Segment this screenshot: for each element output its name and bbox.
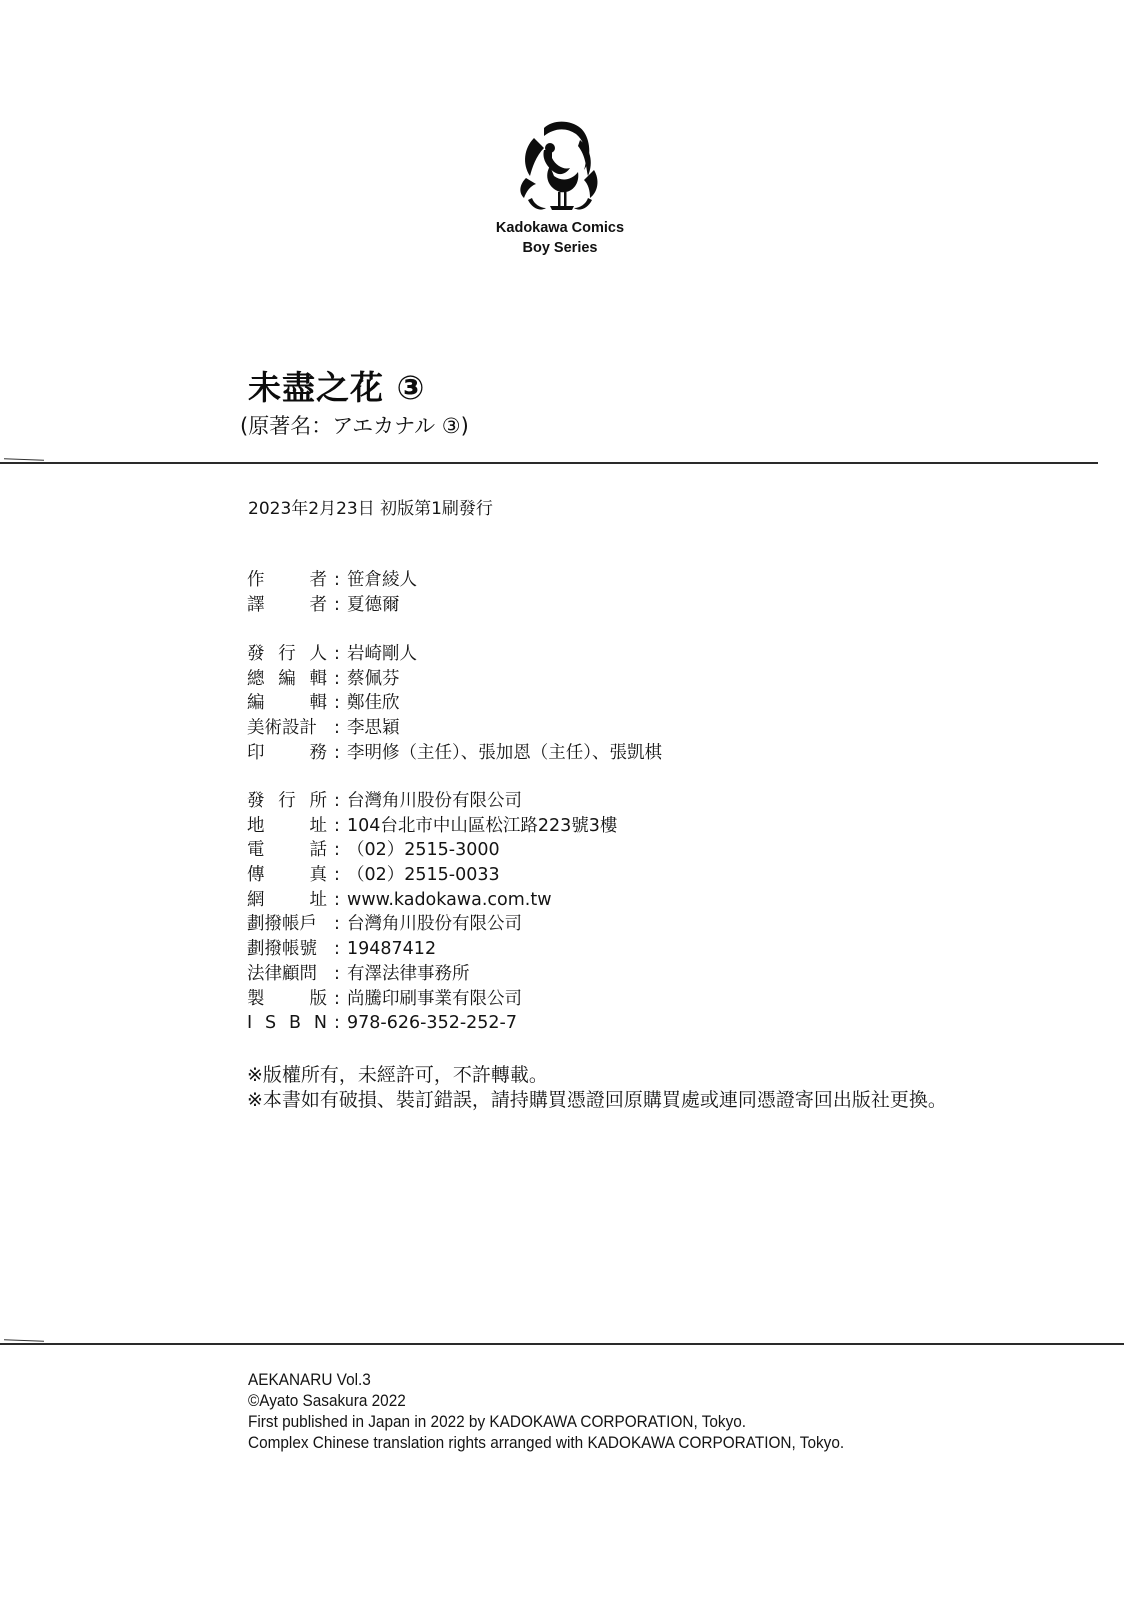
divider-top (0, 462, 1098, 464)
original-title: (原著名：アエカナル ③) (240, 410, 469, 440)
info-row: 美術設計:李思穎 (247, 716, 662, 741)
info-label-char: 編 (278, 667, 296, 692)
info-value: 台灣角川股份有限公司 (347, 789, 522, 814)
info-row: 網址:www.kadokawa.com.tw (247, 888, 617, 913)
info-label: 美術設計 (247, 716, 327, 741)
info-value: 夏德爾 (347, 593, 400, 618)
info-row: 劃撥帳戶:台灣角川股份有限公司 (247, 912, 617, 937)
info-label: 總編輯 (247, 667, 327, 692)
info-value: www.kadokawa.com.tw (347, 888, 552, 913)
info-separator: : (327, 1011, 347, 1036)
credit-translation-rights: Complex Chinese translation rights arran… (248, 1433, 844, 1454)
info-row: 法律顧問:有澤法律事務所 (247, 962, 617, 987)
info-label-char: 行 (278, 642, 296, 667)
credit-copyright: ©Ayato Sasakura 2022 (248, 1391, 844, 1412)
info-separator: : (327, 741, 347, 766)
info-row: 總編輯:蔡佩芬 (247, 667, 662, 692)
info-value: 104台北市中山區松江路223號3樓 (347, 814, 617, 839)
info-value: 尚騰印刷事業有限公司 (347, 987, 522, 1012)
info-label: 電話 (247, 838, 327, 863)
info-value: 笹倉綾人 (347, 568, 417, 593)
info-label-char: I (247, 1011, 252, 1036)
info-value: （02）2515-3000 (347, 838, 500, 863)
info-label-char: 劃撥帳戶 (247, 912, 317, 937)
info-label-char: 美術設計 (247, 716, 317, 741)
info-label-char: 者 (310, 593, 328, 618)
info-separator: : (327, 838, 347, 863)
copyright-credits: AEKANARU Vol.3 ©Ayato Sasakura 2022 Firs… (248, 1370, 844, 1454)
info-row: 譯者:夏德爾 (247, 593, 417, 618)
info-separator: : (327, 987, 347, 1012)
info-label: 發行人 (247, 642, 327, 667)
info-label-char: S (265, 1011, 276, 1036)
info-label-char: 行 (278, 789, 296, 814)
info-row: 傳真:（02）2515-0033 (247, 863, 617, 888)
info-separator: : (327, 937, 347, 962)
info-label-char: 印 (247, 741, 265, 766)
divider-bottom (0, 1343, 1124, 1345)
info-row: 地址:104台北市中山區松江路223號3樓 (247, 814, 617, 839)
info-separator: : (327, 789, 347, 814)
info-separator: : (327, 716, 347, 741)
info-label: 法律顧問 (247, 962, 327, 987)
info-label: 發行所 (247, 789, 327, 814)
info-label-char: 人 (310, 642, 328, 667)
info-label-char: 法律顧問 (247, 962, 317, 987)
info-label-char: 話 (310, 838, 328, 863)
info-row: 電話:（02）2515-3000 (247, 838, 617, 863)
info-label-char: 地 (247, 814, 265, 839)
info-label-char: 者 (310, 568, 328, 593)
credit-original-title: AEKANARU Vol.3 (248, 1370, 844, 1391)
info-separator: : (327, 814, 347, 839)
info-label-char: 劃撥帳號 (247, 937, 317, 962)
info-label-char: 務 (310, 741, 328, 766)
info-label: 製版 (247, 987, 327, 1012)
info-label-char: 輯 (310, 691, 328, 716)
info-row: 劃撥帳號:19487412 (247, 937, 617, 962)
info-row: 發行所:台灣角川股份有限公司 (247, 789, 617, 814)
info-separator: : (327, 912, 347, 937)
publication-date: 2023年2月23日 初版第1刷發行 (248, 494, 493, 519)
info-label-char: 發 (247, 642, 265, 667)
info-row: 印務:李明修（主任）、張加恩（主任）、張凱棋 (247, 741, 662, 766)
info-label-char: 編 (247, 691, 265, 716)
info-label-char: 版 (310, 987, 328, 1012)
info-value: 978-626-352-252-7 (347, 1011, 517, 1036)
publisher-info: 發行所:台灣角川股份有限公司地址:104台北市中山區松江路223號3樓電話:（0… (247, 789, 617, 1036)
info-label-char: 輯 (310, 667, 328, 692)
publisher-logo: Kadokawa Comics Boy Series (440, 118, 680, 258)
info-separator: : (327, 863, 347, 888)
info-label-char: 址 (310, 888, 328, 913)
info-value: 有澤法律事務所 (347, 962, 470, 987)
logo-line-1: Kadokawa Comics (440, 218, 680, 238)
info-label-char: 電 (247, 838, 265, 863)
info-label-char: 作 (247, 568, 265, 593)
divider-top-hook (4, 458, 44, 461)
info-separator: : (327, 568, 347, 593)
info-label-char: 發 (247, 789, 265, 814)
info-label: 作者 (247, 568, 327, 593)
info-value: 岩崎剛人 (347, 642, 417, 667)
info-label-char: 網 (247, 888, 265, 913)
info-label: 網址 (247, 888, 327, 913)
credit-first-published: First published in Japan in 2022 by KADO… (248, 1412, 844, 1433)
info-label-char: 傳 (247, 863, 265, 888)
info-label-char: B (289, 1011, 301, 1036)
info-value: 台灣角川股份有限公司 (347, 912, 522, 937)
info-label: 劃撥帳號 (247, 937, 327, 962)
info-label: ISBN (247, 1011, 327, 1036)
divider-bottom-hook (4, 1339, 44, 1342)
notice-replacement: ※本書如有破損、裝訂錯誤，請持購買憑證回原購買處或連同憑證寄回出版社更換。 (247, 1088, 947, 1113)
notice-copyright: ※版權所有，未經許可，不許轉載。 (247, 1063, 947, 1088)
info-row: ISBN:978-626-352-252-7 (247, 1011, 617, 1036)
info-label-char: 製 (247, 987, 265, 1012)
info-value: 鄭佳欣 (347, 691, 400, 716)
book-title: 未盡之花 ③ (248, 362, 425, 409)
info-label-char: 總 (247, 667, 265, 692)
info-value: 蔡佩芬 (347, 667, 400, 692)
info-label: 傳真 (247, 863, 327, 888)
info-label: 劃撥帳戶 (247, 912, 327, 937)
info-label-char: 所 (310, 789, 328, 814)
author-credits: 作者:笹倉綾人譯者:夏德爾 (247, 568, 417, 617)
info-label: 編輯 (247, 691, 327, 716)
info-label-char: N (314, 1011, 327, 1036)
staff-credits: 發行人:岩崎剛人總編輯:蔡佩芬編輯:鄭佳欣美術設計:李思穎印務:李明修（主任）、… (247, 642, 662, 765)
info-value: 19487412 (347, 937, 436, 962)
info-value: 李思穎 (347, 716, 400, 741)
info-separator: : (327, 691, 347, 716)
info-separator: : (327, 667, 347, 692)
phoenix-emblem-icon (514, 118, 606, 218)
info-label: 印務 (247, 741, 327, 766)
info-separator: : (327, 888, 347, 913)
info-separator: : (327, 593, 347, 618)
info-value: （02）2515-0033 (347, 863, 500, 888)
info-row: 製版:尚騰印刷事業有限公司 (247, 987, 617, 1012)
info-value: 李明修（主任）、張加恩（主任）、張凱棋 (347, 741, 662, 766)
info-separator: : (327, 642, 347, 667)
info-label-char: 址 (310, 814, 328, 839)
info-row: 作者:笹倉綾人 (247, 568, 417, 593)
info-separator: : (327, 962, 347, 987)
info-row: 編輯:鄭佳欣 (247, 691, 662, 716)
info-label: 地址 (247, 814, 327, 839)
info-label: 譯者 (247, 593, 327, 618)
logo-line-2: Boy Series (440, 238, 680, 258)
notice-block: ※版權所有，未經許可，不許轉載。 ※本書如有破損、裝訂錯誤，請持購買憑證回原購買… (247, 1063, 947, 1113)
info-label-char: 真 (310, 863, 328, 888)
info-label-char: 譯 (247, 593, 265, 618)
info-row: 發行人:岩崎剛人 (247, 642, 662, 667)
